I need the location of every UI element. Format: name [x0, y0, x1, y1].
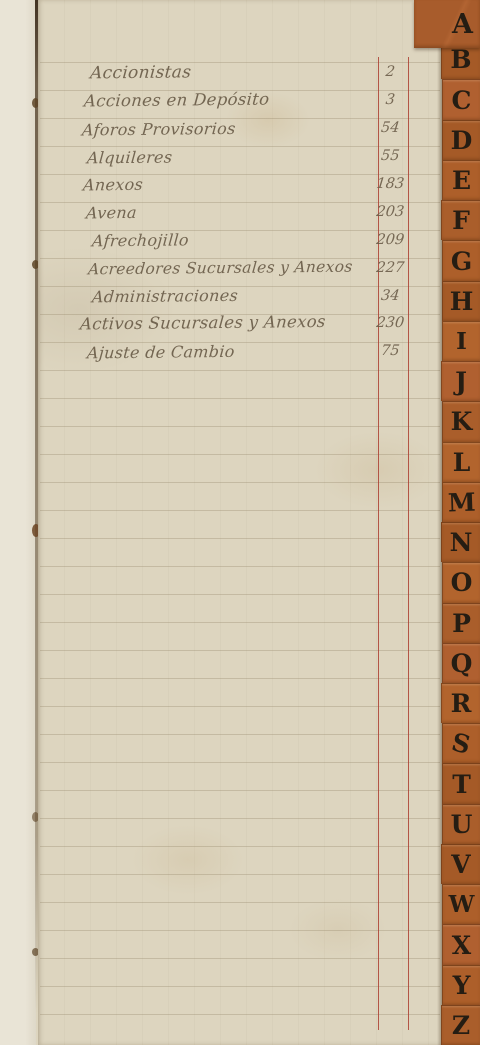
- tab-letter-w: W: [449, 893, 475, 916]
- tab-l: L: [442, 442, 480, 482]
- index-entry: Aforos Provisorios54: [80, 113, 412, 141]
- entry-page-number: 55: [367, 149, 413, 169]
- entry-title: Afrechojillo: [79, 231, 369, 254]
- tab-letter-t: T: [452, 772, 471, 797]
- index-entry: Anexos183: [80, 169, 412, 197]
- tab-e: E: [442, 160, 480, 200]
- entry-title: Accionistas: [79, 62, 369, 86]
- tab-s: S: [442, 723, 480, 763]
- tab-w: W: [442, 884, 480, 924]
- entry-page-number: 183: [367, 177, 413, 197]
- tab-letter-c: C: [452, 88, 472, 113]
- entry-title: Acciones en Depósito: [79, 91, 369, 115]
- tab-letter-j: J: [455, 369, 467, 394]
- tab-y: Y: [442, 965, 480, 1005]
- tab-letter-h: H: [450, 289, 474, 314]
- tab-letter-u: U: [451, 812, 473, 837]
- entry-page-number: 203: [367, 205, 413, 225]
- entry-title: Aforos Provisorios: [79, 119, 369, 142]
- tab-letter-d: D: [451, 128, 473, 153]
- tab-letter-m: M: [447, 489, 476, 515]
- entry-title: Ajuste de Cambio: [79, 342, 369, 365]
- tab-letter-a: A: [452, 11, 473, 38]
- index-entry: Ajuste de Cambio75: [80, 336, 412, 364]
- index-entry: Accionistas2: [80, 57, 412, 85]
- entry-title: Acreedores Sucursales y Anexos: [79, 259, 369, 282]
- tab-o: O: [442, 562, 480, 602]
- tab-k: K: [442, 401, 480, 441]
- scanned-ledger-index-page: Accionistas2Acciones en Depósito3Aforos …: [0, 0, 480, 1045]
- tab-m: M: [442, 482, 480, 522]
- entry-title: Administraciones: [79, 287, 369, 310]
- entry-title: Activos Sucursales y Anexos: [79, 314, 369, 338]
- entry-page-number: 227: [367, 261, 413, 281]
- tab-i: I: [442, 321, 480, 361]
- tab-d: D: [442, 120, 480, 160]
- tab-v: V: [441, 844, 480, 884]
- index-entry: Avena203: [80, 196, 412, 224]
- index-entry: Activos Sucursales y Anexos230: [80, 308, 412, 336]
- tab-p: P: [442, 603, 480, 643]
- tab-g: G: [442, 240, 480, 280]
- adjacent-page-edge: [0, 0, 36, 1045]
- alphabet-tab-column: ABCDEFGHIJKLMNOPQRSTUVWXYZ: [442, 0, 480, 1045]
- tab-a-corner: A: [414, 0, 480, 48]
- tab-t: T: [442, 763, 480, 803]
- tab-letter-n: N: [450, 530, 473, 555]
- tab-letter-i: I: [456, 330, 467, 353]
- entry-page-number: 75: [367, 344, 413, 364]
- tab-letter-y: Y: [453, 973, 471, 998]
- tab-q: Q: [442, 643, 480, 683]
- entry-page-number: 209: [367, 233, 413, 253]
- tab-letter-l: L: [453, 450, 471, 475]
- tab-letter-b: B: [450, 47, 471, 72]
- index-entry: Acreedores Sucursales y Anexos227: [80, 252, 412, 280]
- entry-page-number: 54: [367, 121, 413, 141]
- tab-letter-f: F: [452, 208, 470, 233]
- index-entry: Afrechojillo209: [80, 224, 412, 252]
- index-entry: Alquileres55: [80, 141, 412, 169]
- tab-letter-g: G: [451, 249, 472, 274]
- tab-letter-x: X: [452, 933, 471, 958]
- tab-r: R: [441, 683, 480, 723]
- tab-letter-e: E: [452, 168, 471, 193]
- tab-letter-r: R: [451, 691, 472, 716]
- tab-n: N: [441, 522, 480, 562]
- index-entry-list: Accionistas2Acciones en Depósito3Aforos …: [80, 57, 412, 364]
- tab-u: U: [442, 804, 480, 844]
- entry-page-number: 230: [367, 316, 413, 336]
- index-page: Accionistas2Acciones en Depósito3Aforos …: [38, 0, 442, 1045]
- tab-letter-p: P: [452, 611, 471, 636]
- tab-letter-q: Q: [451, 651, 473, 676]
- tab-letter-z: Z: [452, 1013, 470, 1038]
- index-entry: Administraciones34: [80, 280, 412, 308]
- tab-z: Z: [441, 1005, 480, 1045]
- entry-page-number: 3: [367, 93, 413, 113]
- tab-letter-k: K: [451, 409, 473, 434]
- tab-f: F: [441, 200, 480, 240]
- entry-title: Alquileres: [79, 147, 369, 170]
- tab-c: C: [442, 79, 480, 119]
- tab-letter-v: V: [451, 852, 470, 877]
- tab-x: X: [442, 924, 480, 964]
- tab-h: H: [442, 281, 480, 321]
- index-entry: Acciones en Depósito3: [80, 85, 412, 113]
- entry-title: Avena: [79, 203, 369, 226]
- entry-page-number: 2: [367, 65, 413, 85]
- tab-letter-o: O: [451, 570, 473, 595]
- entry-page-number: 34: [367, 289, 413, 309]
- tab-j: J: [441, 361, 480, 401]
- tab-letter-s: S: [450, 730, 474, 759]
- entry-title: Anexos: [79, 175, 369, 198]
